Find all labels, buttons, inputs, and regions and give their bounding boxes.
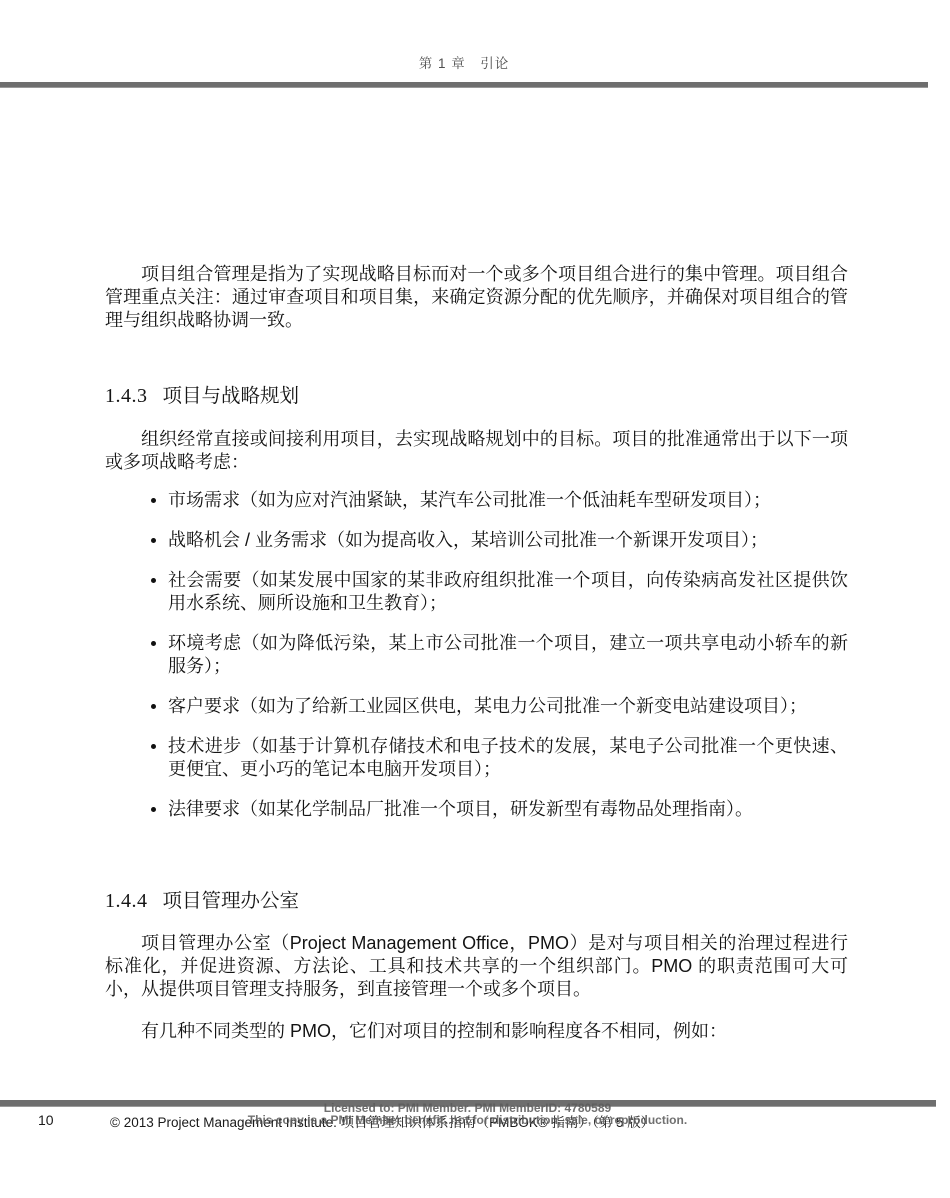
intro-paragraph: 项目组合管理是指为了实现战略目标而对一个或多个项目组合进行的集中管理。项目组合管… <box>105 263 848 332</box>
copyright-line: © 2013 Project Management Institute. 项目管… <box>110 1111 654 1131</box>
page-number: 10 <box>38 1112 54 1128</box>
bullet-dot <box>151 498 156 503</box>
bullet-text: 市场需求（如为应对汽油紧缺，某汽车公司批准一个低油耗车型研发项目）； <box>168 490 771 510</box>
bullet-dot <box>151 578 156 583</box>
bullet-item: 技术进步（如基于计算机存储技术和电子技术的发展，某电子公司批准一个更快速、更便宜… <box>168 735 848 781</box>
bullet-dot <box>151 641 156 646</box>
section-heading-143: 1.4.3项目与战略规划 <box>105 380 848 409</box>
section-title: 项目与战略规划 <box>163 385 300 407</box>
bullet-dot <box>151 807 156 812</box>
bullet-text: 环境考虑（如为降低污染，某上市公司批准一个项目，建立一项共享电动小轿车的新服务）… <box>168 633 848 676</box>
pmo-paragraph: 项目管理办公室（Project Management Office，PMO）是对… <box>105 932 848 1001</box>
bullet-item: 市场需求（如为应对汽油紧缺，某汽车公司批准一个低油耗车型研发项目）； <box>168 489 848 512</box>
bullet-item: 战略机会 / 业务需求（如为提高收入，某培训公司批准一个新课开发项目）； <box>168 529 848 552</box>
section-heading-144: 1.4.4项目管理办公室 <box>105 885 848 914</box>
strategy-bullet-list: 市场需求（如为应对汽油紧缺，某汽车公司批准一个低油耗车型研发项目）； 战略机会 … <box>105 489 848 838</box>
section-number: 1.4.3 <box>105 385 148 407</box>
bullet-text: 客户要求（如为了给新工业园区供电，某电力公司批准一个新变电站建设项目）； <box>168 696 807 716</box>
bullet-text: 社会需要（如某发展中国家的某非政府组织批准一个项目，向传染病高发社区提供饮用水系… <box>168 570 848 613</box>
section-number: 1.4.4 <box>105 890 148 912</box>
bullet-dot <box>151 538 156 543</box>
bullet-text: 技术进步（如基于计算机存储技术和电子技术的发展，某电子公司批准一个更快速、更便宜… <box>168 736 848 779</box>
pmo-types-paragraph: 有几种不同类型的 PMO，它们对项目的控制和影响程度各不相同，例如： <box>105 1020 848 1043</box>
strategy-paragraph: 组织经常直接或间接利用项目，去实现战略规划中的目标。项目的批准通常出于以下一项或… <box>105 428 848 474</box>
document-page: 第 1 章 引论 项目组合管理是指为了实现战略目标而对一个或多个项目组合进行的集… <box>0 0 950 1198</box>
section-title: 项目管理办公室 <box>163 890 300 912</box>
bullet-text: 战略机会 / 业务需求（如为提高收入，某培训公司批准一个新课开发项目）； <box>168 530 768 550</box>
bullet-text: 法律要求（如某化学制品厂批准一个项目，研发新型有毒物品处理指南）。 <box>168 799 753 819</box>
bullet-item: 法律要求（如某化学制品厂批准一个项目，研发新型有毒物品处理指南）。 <box>168 798 848 821</box>
bullet-dot <box>151 704 156 709</box>
bullet-dot <box>151 744 156 749</box>
bullet-item: 环境考虑（如为降低污染，某上市公司批准一个项目，建立一项共享电动小轿车的新服务）… <box>168 632 848 678</box>
bullet-item: 社会需要（如某发展中国家的某非政府组织批准一个项目，向传染病高发社区提供饮用水系… <box>168 569 848 615</box>
chapter-header: 第 1 章 引论 <box>0 52 928 72</box>
header-rule <box>0 82 928 88</box>
bullet-item: 客户要求（如为了给新工业园区供电，某电力公司批准一个新变电站建设项目）； <box>168 695 848 718</box>
footer-rule <box>0 1100 936 1107</box>
